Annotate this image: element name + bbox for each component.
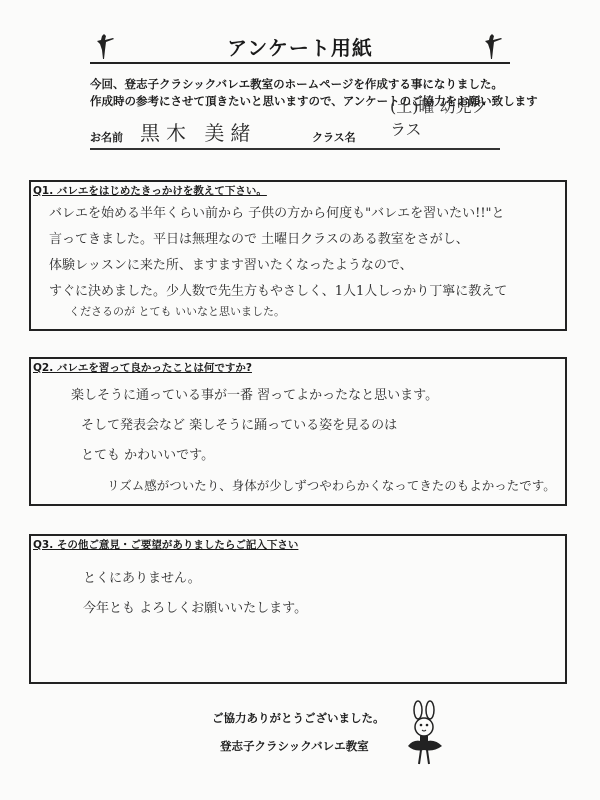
answer-line: バレエを始める半年くらい前から 子供の方から何度も"バレエを習いたい!!"と <box>49 200 507 226</box>
question-heading: Q2. バレエを習って良かったことは何ですか? <box>33 360 252 375</box>
question-box-q3: Q3. その他ご意見・ご要望がありましたらご記入下さい とくにありません。 今年… <box>29 534 567 684</box>
ballerina-icon <box>482 32 504 60</box>
answer-line: くださるのが とても いいなと思いました。 <box>49 298 507 324</box>
answer-line: とても かわいいです。 <box>71 441 556 471</box>
page-title: アンケート用紙 <box>90 32 510 61</box>
class-label: クラス名 <box>312 129 356 145</box>
answer-line: 言ってきました。平日は無理なので 土曜日クラスのある教室をさがし、 <box>49 226 507 252</box>
name-label: お名前 <box>90 129 123 145</box>
answer-line: リズム感がついたり、身体が少しずつやわらかくなってきたのもよかったです。 <box>71 471 556 501</box>
school-name: 登志子クラシックバレエ教室 <box>220 738 369 754</box>
question-box-q2: Q2. バレエを習って良かったことは何ですか? 楽しそうに通っている事が一番 習… <box>29 357 567 506</box>
answer-line: 楽しそうに通っている事が一番 習ってよかったなと思います。 <box>71 381 556 411</box>
answer-line: すぐに決めました。少人数で先生方もやさしく、1人1人しっかり丁寧に教えて <box>49 278 507 298</box>
answer-field[interactable]: とくにありません。 今年とも よろしくお願いいたします。 <box>83 564 307 624</box>
question-heading: Q3. その他ご意見・ご要望がありましたらご記入下さい <box>33 537 298 552</box>
thanks-text: ご協力ありがとうございました。 <box>212 710 385 726</box>
question-heading: Q1. バレエをはじめたきっかけを教えて下さい。 <box>33 183 267 198</box>
class-field[interactable]: (土)曜 幼児クラス <box>390 94 500 140</box>
name-class-row: お名前 黒木 美緒 クラス名 (土)曜 幼児クラス <box>90 118 500 150</box>
title-bar: アンケート用紙 <box>90 30 510 64</box>
answer-line: とくにありません。 <box>83 564 307 594</box>
answer-line: そして発表会など 楽しそうに踊っている姿を見るのは <box>71 411 556 441</box>
answer-line: 体験レッスンに来た所、ますます習いたくなったようなので、 <box>49 252 507 278</box>
name-field[interactable]: 黒木 美緒 <box>140 117 256 146</box>
bunny-ballerina-icon <box>400 700 450 770</box>
answer-field[interactable]: 楽しそうに通っている事が一番 習ってよかったなと思います。 そして発表会など 楽… <box>71 381 556 501</box>
answer-field[interactable]: バレエを始める半年くらい前から 子供の方から何度も"バレエを習いたい!!"と 言… <box>49 200 507 324</box>
question-box-q1: Q1. バレエをはじめたきっかけを教えて下さい。 バレエを始める半年くらい前から… <box>29 180 567 331</box>
intro-line: 今回、登志子クラシックバレエ教室のホームページを作成する事になりました。 <box>90 76 538 93</box>
answer-line: 今年とも よろしくお願いいたします。 <box>83 594 307 624</box>
